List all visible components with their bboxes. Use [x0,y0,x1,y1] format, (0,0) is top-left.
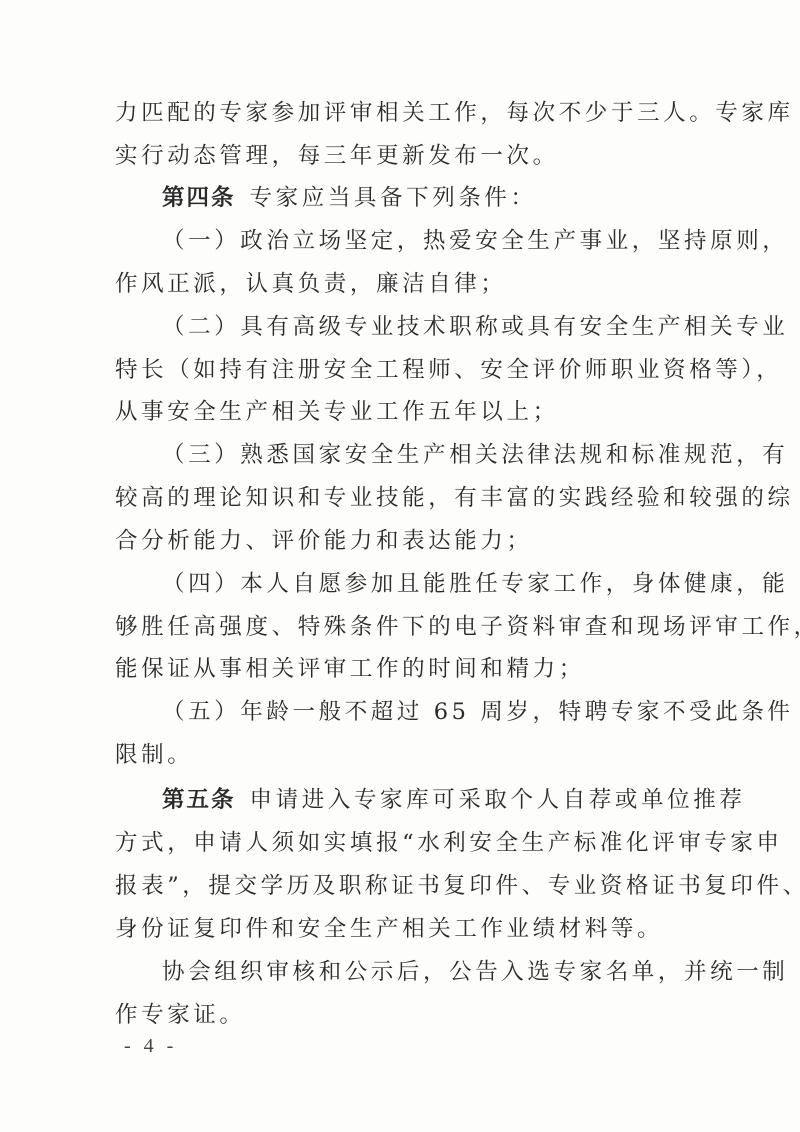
page-number: - 4 - [124,1033,177,1059]
text-line: 够胜任高强度、特殊条件下的电子资料审查和现场评审工作， [115,612,695,642]
article-5-heading-line: 第五条申请进入专家库可采取个人自荐或单位推荐 [162,785,742,815]
text-line: 较高的理论知识和专业技能，有丰富的实践经验和较强的综 [115,483,695,513]
article-text: 专家应当具备下列条件： [250,185,537,211]
text-line: （二）具有高级专业技术职称或具有安全生产相关专业 [162,312,742,342]
text-line: 身份证复印件和安全生产相关工作业绩材料等。 [115,914,695,944]
document-page: 力匹配的专家参加评审相关工作，每次不少于三人。专家库 实行动态管理，每三年更新发… [0,0,800,1132]
text-line: （三）熟悉国家安全生产相关法律法规和标准规范，有 [162,440,742,470]
text-line: 从事安全生产相关专业工作五年以上； [115,397,695,427]
article-label: 第四条 [162,185,236,211]
text-line: 能保证从事相关评审工作的时间和精力； [115,654,695,684]
article-text: 申请进入专家库可采取个人自荐或单位推荐 [250,787,746,813]
text-line: 限制。 [115,740,695,770]
text-line: 合分析能力、评价能力和表达能力； [115,526,695,556]
text-line: （四）本人自愿参加且能胜任专家工作，身体健康，能 [162,569,742,599]
text-line: 力匹配的专家参加评审相关工作，每次不少于三人。专家库 [115,98,695,128]
text-line: （一）政治立场坚定，热爱安全生产事业，坚持原则， [162,226,742,256]
article-4-heading-line: 第四条专家应当具备下列条件： [162,183,742,213]
text-line: 协会组织审核和公示后，公告入选专家名单，并统一制 [162,957,742,987]
text-line: 特长（如持有注册安全工程师、安全评价师职业资格等）， [115,355,695,385]
text-line: 方式，申请人须如实填报“水利安全生产标准化评审专家申 [115,828,695,858]
text-line: 作专家证。 [115,1000,695,1030]
text-line: 实行动态管理，每三年更新发布一次。 [115,141,695,171]
text-line: 作风正派，认真负责，廉洁自律； [115,269,695,299]
text-line: （五）年龄一般不超过 65 周岁，特聘专家不受此条件 [162,697,742,727]
text-line: 报表”，提交学历及职称证书复印件、专业资格证书复印件、 [115,871,695,901]
article-label: 第五条 [162,787,236,813]
